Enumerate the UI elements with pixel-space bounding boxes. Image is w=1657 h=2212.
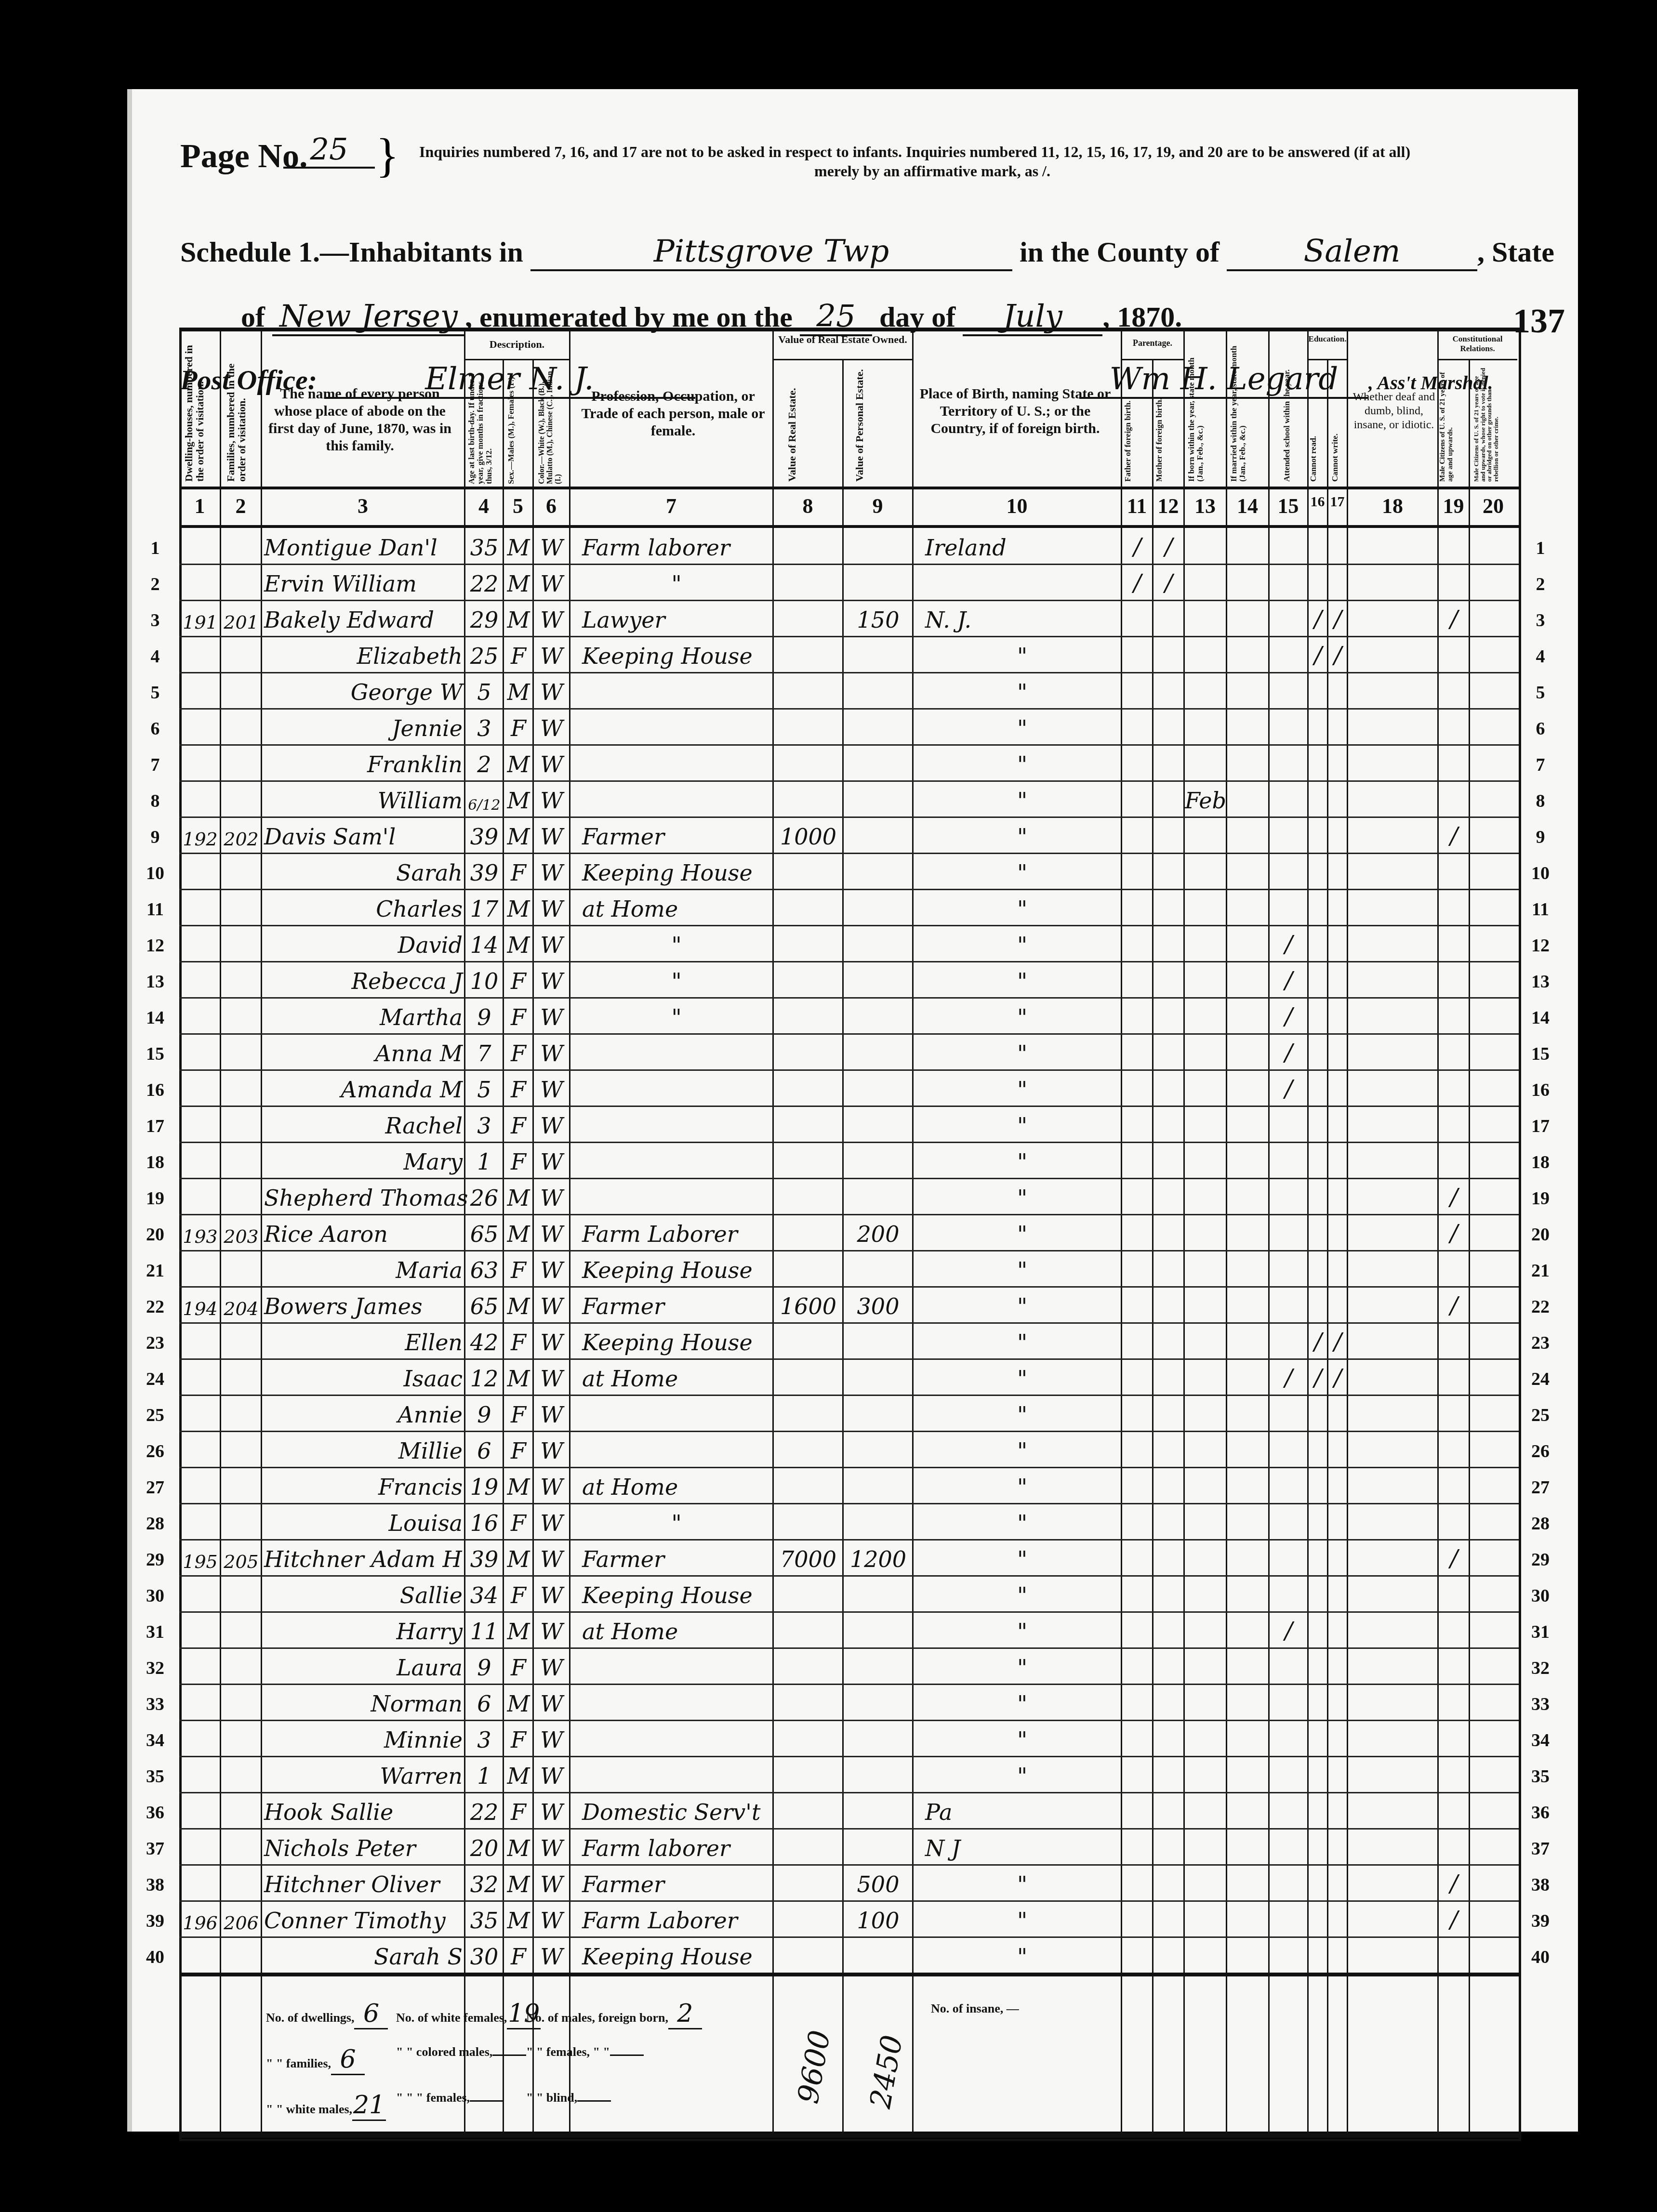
cell-school [1272, 782, 1306, 816]
cell-married-month [1229, 1757, 1267, 1792]
cell-family: 201 [223, 601, 259, 636]
cell-occupation: Keeping House [572, 1251, 771, 1286]
township-field: Pittsgrove Twp [530, 234, 1012, 271]
cell-cannot-write [1330, 1757, 1345, 1792]
table-row: Nichols Peter20MWFarm laborerN J [179, 1830, 1519, 1866]
cell-sex: M [506, 746, 531, 780]
cell-school [1272, 1143, 1306, 1178]
cell-occupation: Farm laborer [572, 529, 771, 564]
cell-age: 29 [467, 601, 501, 636]
cell-family [223, 1324, 259, 1358]
cell-dwelling [182, 1071, 218, 1106]
cell-disability [1350, 673, 1436, 708]
cell-dwelling [182, 1830, 218, 1864]
footer-colored-females: " " " females, [396, 2091, 504, 2105]
cell-name: Millie [264, 1432, 463, 1467]
cell-personal [846, 962, 911, 997]
cell-family [223, 854, 259, 889]
cell-school [1272, 1324, 1306, 1358]
cell-color: W [536, 1721, 568, 1756]
header-rule [179, 487, 1519, 489]
cell-occupation [572, 1649, 771, 1684]
cell-born-month [1187, 1324, 1224, 1358]
table-row: Maria63FWKeeping House" [179, 1251, 1519, 1288]
table-row: Anna M7FW"/ [179, 1035, 1519, 1071]
cell-cannot-read [1311, 1793, 1326, 1828]
cell-age: 9 [467, 1649, 501, 1684]
cell-cannot-read: / [1311, 1360, 1326, 1395]
cell-sex: F [506, 1396, 531, 1431]
column-number: 6 [533, 494, 570, 518]
cell-mother-foreign [1155, 782, 1182, 816]
cell-age: 39 [467, 1540, 501, 1575]
row-number-left: 32 [138, 1658, 172, 1679]
cell-father-foreign [1124, 1288, 1151, 1322]
cell-mother-foreign [1155, 1143, 1182, 1178]
cell-cannot-read [1311, 1396, 1326, 1431]
row-number-right: 16 [1524, 1080, 1557, 1101]
cell-real [776, 1757, 841, 1792]
column-number: 2 [220, 494, 261, 518]
row-number-right: 33 [1524, 1694, 1557, 1715]
brace-glyph: } [376, 128, 399, 183]
cell-sex: F [506, 1107, 531, 1142]
table-row: Ervin William22MW"// [179, 565, 1519, 601]
row-number-right: 29 [1524, 1549, 1557, 1570]
cell-school [1272, 1504, 1306, 1539]
cell-birthplace: " [915, 926, 1119, 961]
cell-occupation: Domestic Serv't [572, 1793, 771, 1828]
cell-real [776, 601, 841, 636]
cell-occupation [572, 1107, 771, 1142]
cell-sex: F [506, 854, 531, 889]
cell-occupation: " [572, 962, 771, 997]
cell-sex: M [506, 1830, 531, 1864]
cell-father-foreign [1124, 1432, 1151, 1467]
cell-married-month [1229, 1251, 1267, 1286]
cell-citizen [1441, 926, 1467, 961]
footer-families: " " families,6 [266, 2045, 365, 2075]
cell-sex: M [506, 782, 531, 816]
cell-married-month [1229, 1938, 1267, 1973]
cell-mother-foreign [1155, 1035, 1182, 1069]
cell-name: Hitchner Adam H [264, 1540, 463, 1575]
cell-personal [846, 1107, 911, 1142]
row-number-left: 12 [138, 935, 172, 956]
cell-cannot-read [1311, 1721, 1326, 1756]
row-number-right: 6 [1524, 718, 1557, 739]
cell-family: 204 [223, 1288, 259, 1322]
cell-disability [1350, 782, 1436, 816]
cell-born-month [1187, 890, 1224, 925]
cell-vote-denied [1472, 1215, 1515, 1250]
cell-real [776, 1360, 841, 1395]
cell-family [223, 926, 259, 961]
cell-disability [1350, 1540, 1436, 1575]
cell-born-month [1187, 1902, 1224, 1936]
cell-school [1272, 637, 1306, 672]
cell-real [776, 637, 841, 672]
cell-family [223, 962, 259, 997]
cell-cannot-write [1330, 818, 1345, 853]
cell-born-month [1187, 962, 1224, 997]
cell-occupation: " [572, 926, 771, 961]
cell-real [776, 1143, 841, 1178]
cell-color: W [536, 1613, 568, 1647]
cell-sex: M [506, 1468, 531, 1503]
cell-school [1272, 818, 1306, 853]
cell-color: W [536, 782, 568, 816]
column-number: 8 [773, 494, 843, 518]
cell-disability [1350, 1685, 1436, 1720]
table-row: Charles17MWat Home" [179, 890, 1519, 926]
cell-citizen [1441, 890, 1467, 925]
cell-personal [846, 1071, 911, 1106]
cell-name: William [264, 782, 463, 816]
cell-dwelling [182, 1360, 218, 1395]
cell-sex: M [506, 565, 531, 600]
cell-mother-foreign [1155, 1577, 1182, 1611]
column-number: 13 [1184, 494, 1226, 518]
cell-vote-denied [1472, 962, 1515, 997]
cell-mother-foreign [1155, 854, 1182, 889]
cell-cannot-read: / [1311, 637, 1326, 672]
cell-vote-denied [1472, 1685, 1515, 1720]
cell-sex: F [506, 1035, 531, 1069]
cell-citizen [1441, 1432, 1467, 1467]
cell-father-foreign [1124, 926, 1151, 961]
cell-mother-foreign [1155, 1468, 1182, 1503]
cell-cannot-read [1311, 1866, 1326, 1900]
cell-born-month [1187, 1215, 1224, 1250]
cell-name: Ellen [264, 1324, 463, 1358]
cell-name: Francis [264, 1468, 463, 1503]
cell-age: 35 [467, 1902, 501, 1936]
cell-cannot-read [1311, 818, 1326, 853]
cell-family [223, 1649, 259, 1684]
cell-born-month [1187, 1396, 1224, 1431]
cell-family [223, 1143, 259, 1178]
cell-cannot-write [1330, 1107, 1345, 1142]
cell-family: 205 [223, 1540, 259, 1575]
cell-family [223, 890, 259, 925]
cell-cannot-write [1330, 1215, 1345, 1250]
cell-color: W [536, 565, 568, 600]
cell-sex: M [506, 1215, 531, 1250]
cell-personal [846, 710, 911, 744]
cell-born-month [1187, 1793, 1224, 1828]
cell-birthplace [915, 565, 1119, 600]
cell-personal [846, 1613, 911, 1647]
cell-birthplace: " [915, 1143, 1119, 1178]
cell-birthplace: " [915, 1071, 1119, 1106]
cell-married-month [1229, 746, 1267, 780]
table-row: Montigue Dan'l35MWFarm laborerIreland// [179, 529, 1519, 565]
row-number-left: 14 [138, 1007, 172, 1028]
row-number-right: 13 [1524, 971, 1557, 992]
row-number-left: 25 [138, 1405, 172, 1426]
cell-school [1272, 529, 1306, 564]
row-number-right: 35 [1524, 1766, 1557, 1787]
cell-cannot-write [1330, 1468, 1345, 1503]
cell-mother-foreign [1155, 818, 1182, 853]
cell-occupation: Farmer [572, 1288, 771, 1322]
cell-father-foreign: / [1124, 529, 1151, 564]
cell-color: W [536, 1179, 568, 1214]
cell-school: / [1272, 1360, 1306, 1395]
cell-personal: 200 [846, 1215, 911, 1250]
footer-bottom-rule [179, 2133, 1519, 2138]
cell-cannot-write: / [1330, 1360, 1345, 1395]
cell-family [223, 1613, 259, 1647]
cell-color: W [536, 746, 568, 780]
cell-vote-denied [1472, 854, 1515, 889]
cell-color: W [536, 1288, 568, 1322]
row-number-left: 18 [138, 1152, 172, 1173]
cell-born-month [1187, 1360, 1224, 1395]
row-number-right: 28 [1524, 1513, 1557, 1534]
table-row: Sallie34FWKeeping House" [179, 1577, 1519, 1613]
cell-cannot-read [1311, 1504, 1326, 1539]
cell-name: Hook Sallie [264, 1793, 463, 1828]
row-number-left: 36 [138, 1802, 172, 1823]
row-number-right: 14 [1524, 1007, 1557, 1028]
cell-born-month [1187, 1143, 1224, 1178]
insane-count: — [1007, 2001, 1019, 2015]
state-label: , State [1477, 236, 1554, 268]
cell-color: W [536, 1107, 568, 1142]
cell-occupation: Keeping House [572, 1938, 771, 1973]
cell-school [1272, 1468, 1306, 1503]
cell-age: 20 [467, 1830, 501, 1864]
column-number: 5 [503, 494, 533, 518]
column-number: 7 [570, 494, 773, 518]
cell-age: 42 [467, 1324, 501, 1358]
row-number-right: 10 [1524, 863, 1557, 884]
cell-sex: M [506, 601, 531, 636]
cell-sex: M [506, 890, 531, 925]
cell-disability [1350, 565, 1436, 600]
cell-married-month [1229, 1143, 1267, 1178]
row-number-left: 24 [138, 1369, 172, 1390]
cell-color: W [536, 854, 568, 889]
cell-father-foreign [1124, 1324, 1151, 1358]
row-number-right: 25 [1524, 1405, 1557, 1426]
cell-citizen [1441, 1577, 1467, 1611]
county-field: Salem [1227, 234, 1477, 271]
cell-real [776, 1251, 841, 1286]
cell-birthplace: " [915, 1251, 1119, 1286]
cell-dwelling: 193 [182, 1215, 218, 1250]
cell-cannot-read [1311, 890, 1326, 925]
cell-married-month [1229, 782, 1267, 816]
education-group-header: Education. [1308, 334, 1347, 344]
cell-vote-denied [1472, 1757, 1515, 1792]
cell-family [223, 1757, 259, 1792]
column-number: 3 [261, 494, 464, 518]
footer-insane: No. of insane, — [931, 2001, 1019, 2016]
row-number-left: 37 [138, 1838, 172, 1859]
cell-cannot-write [1330, 1721, 1345, 1756]
cell-mother-foreign [1155, 1721, 1182, 1756]
cell-born-month [1187, 1071, 1224, 1106]
column-number: 9 [843, 494, 913, 518]
cell-born-month [1187, 1179, 1224, 1214]
table-row: Minnie3FW" [179, 1721, 1519, 1757]
cell-mother-foreign [1155, 746, 1182, 780]
cell-vote-denied [1472, 673, 1515, 708]
cell-mother-foreign [1155, 673, 1182, 708]
cell-birthplace: " [915, 890, 1119, 925]
cell-father-foreign [1124, 818, 1151, 853]
row-number-left: 9 [138, 827, 172, 848]
cell-name: Norman [264, 1685, 463, 1720]
cell-cannot-write [1330, 710, 1345, 744]
cell-family [223, 1866, 259, 1900]
cell-sex: F [506, 1577, 531, 1611]
row-number-right: 15 [1524, 1043, 1557, 1065]
cell-school [1272, 854, 1306, 889]
row-number-left: 7 [138, 754, 172, 776]
cell-personal [846, 1685, 911, 1720]
cell-dwelling: 191 [182, 601, 218, 636]
cell-born-month [1187, 854, 1224, 889]
column-number: 10 [913, 494, 1121, 518]
cell-school [1272, 1793, 1306, 1828]
cell-cannot-write [1330, 782, 1345, 816]
cell-occupation: " [572, 565, 771, 600]
cell-real [776, 1035, 841, 1069]
cell-citizen [1441, 1071, 1467, 1106]
instructions-note-2: merely by an affirmative mark, as /. [814, 162, 1050, 180]
cell-age: 1 [467, 1143, 501, 1178]
cell-real [776, 1215, 841, 1250]
cell-citizen [1441, 1324, 1467, 1358]
row-number-left: 38 [138, 1874, 172, 1896]
cell-father-foreign [1124, 1938, 1151, 1973]
cell-dwelling [182, 890, 218, 925]
cell-birthplace: " [915, 1179, 1119, 1214]
cell-born-month [1187, 926, 1224, 961]
cell-real [776, 1504, 841, 1539]
cell-name: Sallie [264, 1577, 463, 1611]
cell-school [1272, 1540, 1306, 1575]
cell-real [776, 1468, 841, 1503]
cell-mother-foreign [1155, 1071, 1182, 1106]
cell-vote-denied [1472, 1540, 1515, 1575]
cell-married-month [1229, 1613, 1267, 1647]
cell-personal [846, 1504, 911, 1539]
cell-dwelling [182, 746, 218, 780]
cell-age: 30 [467, 1938, 501, 1973]
cell-cannot-write [1330, 1432, 1345, 1467]
cell-real [776, 926, 841, 961]
footer-white-females: No. of white females,19 [396, 1999, 541, 2029]
cell-birthplace: " [915, 1721, 1119, 1756]
cell-school [1272, 1432, 1306, 1467]
cell-personal [846, 746, 911, 780]
cell-vote-denied [1472, 782, 1515, 816]
cell-real [776, 565, 841, 600]
cell-family [223, 1071, 259, 1106]
column-number: 1 [179, 494, 220, 518]
cell-personal [846, 1360, 911, 1395]
cell-father-foreign [1124, 1613, 1151, 1647]
cell-real [776, 1866, 841, 1900]
cell-real [776, 1902, 841, 1936]
cell-cannot-read [1311, 1468, 1326, 1503]
cell-married-month [1229, 1035, 1267, 1069]
cell-father-foreign [1124, 1540, 1151, 1575]
cell-family [223, 1179, 259, 1214]
cell-cannot-write [1330, 1866, 1345, 1900]
cell-personal [846, 1830, 911, 1864]
cell-citizen [1441, 999, 1467, 1033]
cell-disability [1350, 1830, 1436, 1864]
cell-real [776, 854, 841, 889]
cell-married-month [1229, 1468, 1267, 1503]
col13-header: If born within the year, state month (Ja… [1187, 337, 1223, 482]
row-number-right: 5 [1524, 682, 1557, 703]
cell-sex: F [506, 1721, 531, 1756]
cell-family [223, 782, 259, 816]
cell-married-month [1229, 1396, 1267, 1431]
cell-personal [846, 999, 911, 1033]
cell-cannot-write [1330, 1504, 1345, 1539]
cell-mother-foreign [1155, 1360, 1182, 1395]
cell-born-month [1187, 746, 1224, 780]
cell-dwelling [182, 529, 218, 564]
cell-color: W [536, 637, 568, 672]
row-number-right: 12 [1524, 935, 1557, 956]
cell-personal [846, 1035, 911, 1069]
cell-disability [1350, 1179, 1436, 1214]
cell-sex: F [506, 1793, 531, 1828]
cell-citizen [1441, 1721, 1467, 1756]
cell-cannot-write [1330, 1793, 1345, 1828]
cell-real: 1600 [776, 1288, 841, 1322]
row-number-left: 10 [138, 863, 172, 884]
cell-color: W [536, 1540, 568, 1575]
col6-header: Color.—White (W.), Black (B.), Mulatto (… [538, 364, 568, 484]
cell-sex: F [506, 1251, 531, 1286]
cell-real [776, 962, 841, 997]
col15-header: Attended school within the year. [1283, 337, 1302, 482]
cell-birthplace: " [915, 1215, 1119, 1250]
cell-age: 63 [467, 1251, 501, 1286]
cell-vote-denied [1472, 1830, 1515, 1864]
cell-mother-foreign [1155, 1251, 1182, 1286]
cell-color: W [536, 601, 568, 636]
cell-mother-foreign [1155, 926, 1182, 961]
cell-name: Mary [264, 1143, 463, 1178]
cell-sex: M [506, 926, 531, 961]
cell-mother-foreign [1155, 1179, 1182, 1214]
cell-mother-foreign: / [1155, 565, 1182, 600]
cell-dwelling [182, 999, 218, 1033]
cell-vote-denied [1472, 926, 1515, 961]
cell-vote-denied [1472, 637, 1515, 672]
cell-school: / [1272, 1035, 1306, 1069]
cell-father-foreign [1124, 1577, 1151, 1611]
cell-vote-denied [1472, 1902, 1515, 1936]
cell-real [776, 1721, 841, 1756]
row-number-left: 34 [138, 1730, 172, 1751]
cell-color: W [536, 1577, 568, 1611]
cell-born-month [1187, 1613, 1224, 1647]
cell-family [223, 746, 259, 780]
cell-dwelling [182, 854, 218, 889]
